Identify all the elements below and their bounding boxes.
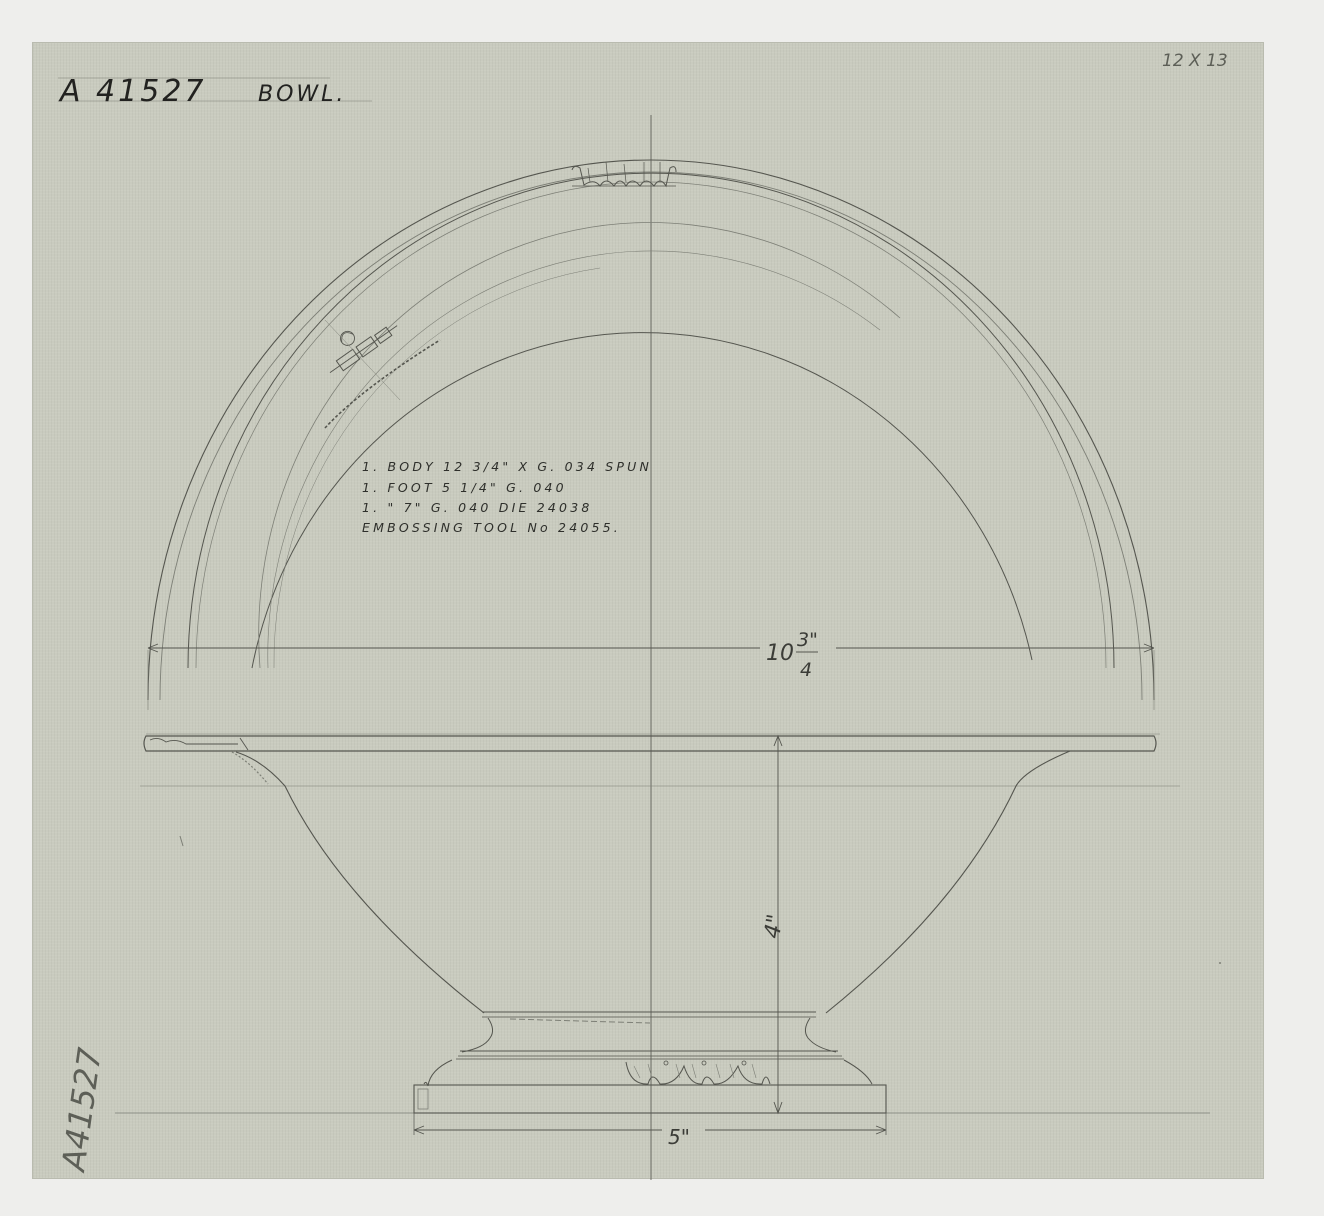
- diameter-whole: 10: [766, 641, 794, 666]
- height-label: 4": [760, 912, 789, 940]
- title-block: A 41527 BOWL. 12 X 13: [58, 51, 1228, 109]
- diameter-denominator: 4: [800, 659, 812, 681]
- catalog-number: A 41527: [58, 74, 207, 109]
- spec-line-2: 1. FOOT 5 1/4" G. 040: [362, 480, 567, 495]
- diameter-numerator: 3": [797, 629, 818, 651]
- bowl-technical-drawing: A 41527 BOWL. 12 X 13: [0, 0, 1324, 1216]
- margin-catalog-number: A41527: [54, 1045, 109, 1175]
- elevation-view: [144, 734, 1160, 1113]
- foot-ornament-icon: [626, 1061, 770, 1084]
- spec-line-4: EMBOSSING TOOL No 24055.: [362, 520, 621, 535]
- spec-line-3: 1. " 7" G. 040 DIE 24038: [362, 500, 593, 515]
- spec-line-1: 1. BODY 12 3/4" X G. 034 SPUN: [362, 459, 652, 474]
- foot-width-label: 5": [668, 1125, 690, 1149]
- rim-ornament-icon: [316, 305, 401, 377]
- drawing-title: BOWL.: [258, 82, 346, 107]
- sheet-size-note: 12 X 13: [1162, 51, 1228, 71]
- specification-notes: 1. BODY 12 3/4" X G. 034 SPUN 1. FOOT 5 …: [362, 459, 652, 535]
- foot-width-dimension: 5": [414, 1113, 886, 1149]
- center-lines: [115, 115, 1210, 1180]
- height-dimension: 4": [760, 736, 789, 1113]
